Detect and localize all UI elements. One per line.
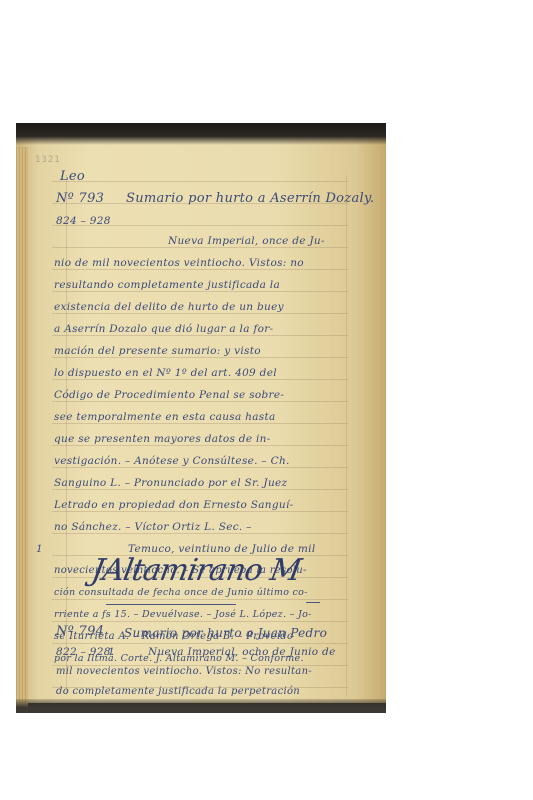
ruled-line	[52, 511, 348, 512]
entry-line: mil novecientos veintiocho. Vistos: No r…	[56, 666, 312, 677]
entry-line: do completamente justificada la perpetra…	[56, 686, 300, 697]
entry-number: Nº 794	[56, 624, 104, 639]
entry-line: resultando completamente justificada la	[54, 279, 280, 291]
ruled-line	[52, 269, 348, 270]
right-margin-rule	[346, 175, 347, 695]
entry-reference: 822 – 928.	[56, 646, 114, 658]
ruled-line	[52, 445, 348, 446]
signature-dash	[306, 602, 320, 603]
page-fore-edge	[16, 147, 28, 713]
entry-line: que se presenten mayores datos de in-	[54, 433, 271, 445]
entry-line: Sanguino L. – Pronunciado por el Sr. Jue…	[54, 477, 287, 489]
ruled-line	[52, 401, 348, 402]
ruled-line	[52, 467, 348, 468]
ruled-line	[52, 335, 348, 336]
approval-mark: 1	[36, 543, 43, 555]
ruled-line	[52, 533, 348, 534]
entry-line: see temporalmente en esta causa hasta	[54, 411, 276, 423]
ruled-line	[52, 489, 348, 490]
entry-line: lo dispuesto en el Nº 1º del art. 409 de…	[54, 367, 277, 379]
entry-line: no Sánchez. – Víctor Ortiz L. Sec. –	[54, 521, 252, 533]
page-bottom-shadow	[16, 699, 386, 713]
entry-line: a Aserrín Dozalo que dió lugar a la for-	[54, 323, 273, 335]
entry-line: mación del presente sumario: y visto	[54, 345, 261, 357]
page-top-shadow	[16, 123, 386, 145]
entry-line: Nueva Imperial, ocho de Junio de	[148, 646, 336, 658]
header-mark: Leo	[60, 169, 85, 184]
approval-line: rriente a fs 15. – Devuélvase. – José L.…	[54, 609, 312, 620]
entry-line: existencia del delito de hurto de un bue…	[54, 301, 284, 313]
ruled-line	[52, 291, 348, 292]
archive-stamp-number: 1321	[35, 155, 61, 165]
entry-line: vestigación. – Anótese y Consúltese. – C…	[54, 455, 290, 467]
ruled-line	[52, 379, 348, 380]
ruled-line	[52, 643, 348, 644]
entry-line: Nueva Imperial, once de Ju-	[168, 235, 325, 247]
ruled-line	[52, 247, 348, 248]
ledger-page: 1321 Leo Nº 793 Sumario por hurto a Aser…	[16, 135, 386, 703]
entry-line: Código de Procedimiento Penal se sobre-	[54, 389, 284, 401]
ruled-line	[52, 181, 348, 182]
signature-underline	[106, 604, 236, 605]
signature: JAltamirano M	[89, 553, 303, 588]
entry-line: nio de mil novecientos veintiocho. Visto…	[54, 257, 304, 269]
ruled-line	[52, 423, 348, 424]
entry-title: Sumario por hurto a Juan Pedro	[124, 626, 327, 640]
entry-number: Nº 793	[56, 191, 104, 206]
entry-line: Letrado en propiedad don Ernesto Sanguí-	[54, 499, 293, 511]
ruled-line	[52, 313, 348, 314]
entry-mark: 1	[108, 646, 115, 658]
approval-line: ción consultada de fecha once de Junio ú…	[54, 587, 308, 598]
ruled-line	[52, 599, 348, 600]
entry-title: Sumario por hurto a Aserrín Dozaly.	[126, 191, 374, 206]
entry-reference: 824 – 928	[56, 215, 111, 227]
ruled-line	[52, 621, 348, 622]
ruled-line	[52, 357, 348, 358]
